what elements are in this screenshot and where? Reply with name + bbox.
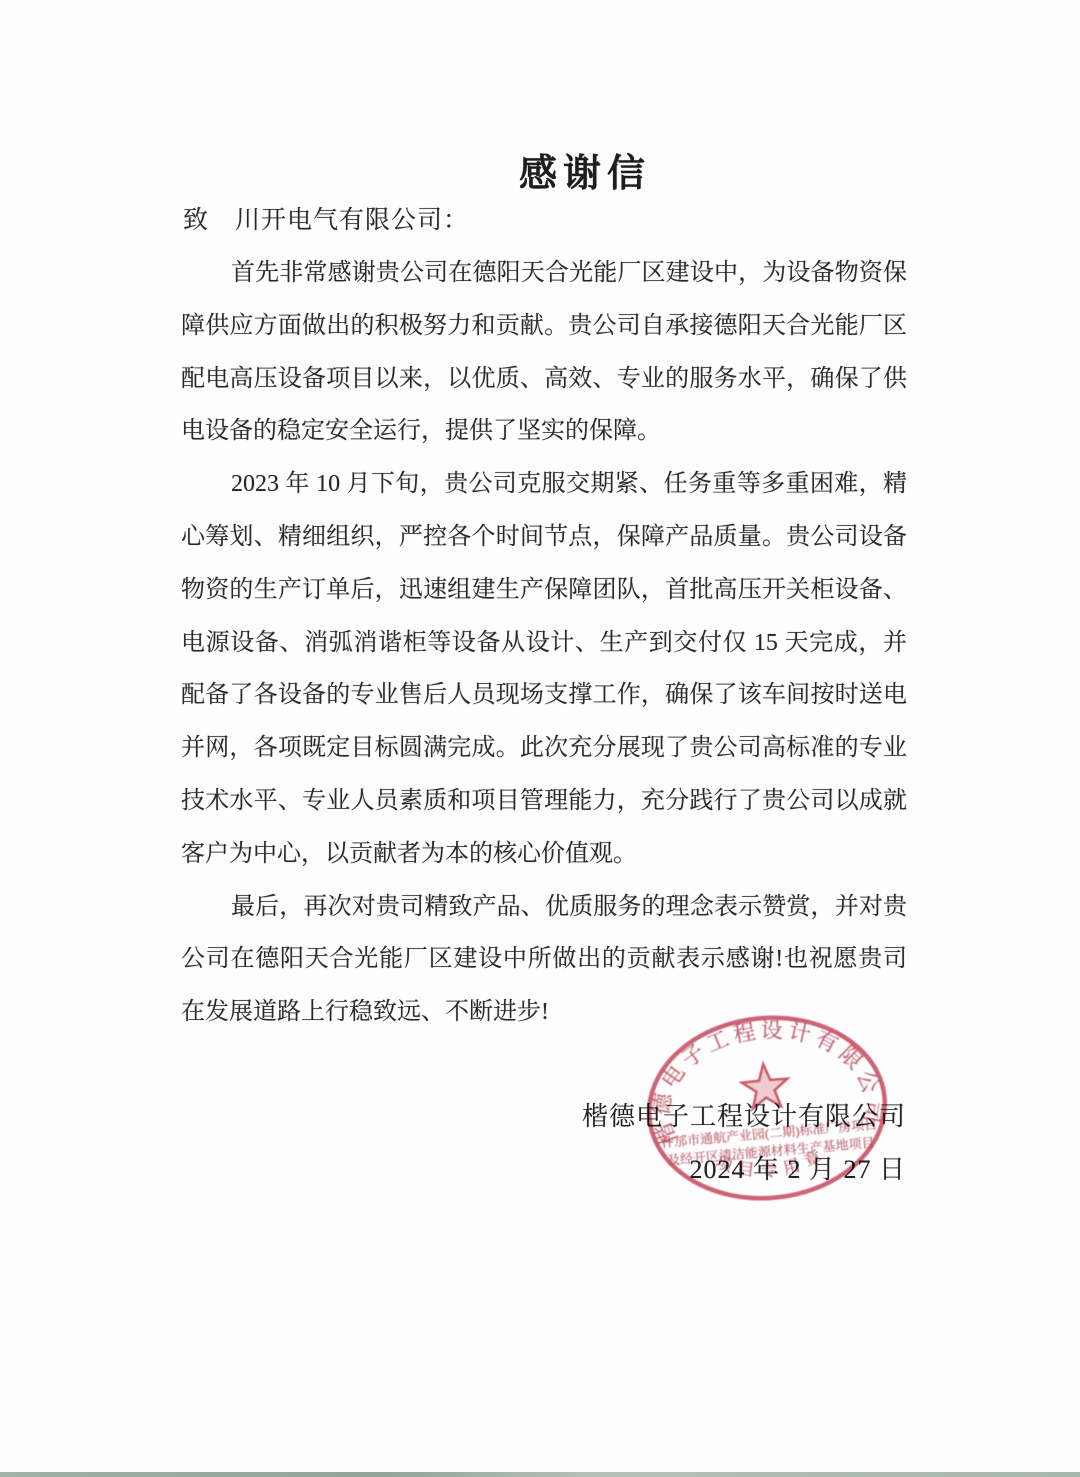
- letter-title: 感谢信: [180, 142, 990, 197]
- body-line: 客户为中心，以贡献者为本的核心价值观。: [181, 828, 907, 881]
- body-line: 心筹划、精细组织，严控各个时间节点，保障产品质量。贵公司设备: [181, 511, 907, 564]
- body-line: 配备了各设备的专业售后人员现场支撑工作，确保了该车间按时送电: [181, 669, 907, 722]
- seal-star-icon: [740, 1062, 789, 1109]
- seal-graphic: 楷德电子工程设计有限公司 什邡市通航产业园(二期)标准厂房项目 及经开区清洁能源…: [627, 998, 907, 1218]
- salutation: 致 川开电气有限公司：: [183, 200, 469, 236]
- body-line: 2023 年 10 月下旬，贵公司克服交期紧、任务重等多重困难，精: [181, 458, 907, 511]
- body-line: 首先非常感谢贵公司在德阳天合光能厂区建设中，为设备物资保: [181, 247, 907, 300]
- body-line: 最后，再次对贵司精致产品、优质服务的理念表示赞赏，并对贵: [181, 881, 907, 934]
- letter-body: 首先非常感谢贵公司在德阳天合光能厂区建设中，为设备物资保 障供应方面做出的积极努…: [181, 247, 907, 1039]
- body-line: 技术水平、专业人员素质和项目管理能力，充分践行了贵公司以成就: [181, 775, 907, 828]
- body-line: 障供应方面做出的积极努力和贡献。贵公司自承接德阳天合光能厂区: [181, 300, 907, 353]
- body-line: 电设备的稳定安全运行，提供了坚实的保障。: [181, 405, 907, 458]
- letter-page: 感谢信 致 川开电气有限公司： 首先非常感谢贵公司在德阳天合光能厂区建设中，为设…: [0, 0, 1080, 1477]
- scan-edge-artifact: [0, 1472, 1080, 1477]
- body-line: 物资的生产订单后，迅速组建生产保障团队，首批高压开关柜设备、: [181, 564, 907, 617]
- body-line: 公司在德阳天合光能厂区建设中所做出的贡献表示感谢!也祝愿贵司: [181, 933, 907, 986]
- body-line: 配电高压设备项目以来，以优质、高效、专业的服务水平，确保了供: [181, 353, 907, 406]
- body-line: 电源设备、消弧消谐柜等设备从设计、生产到交付仅 15 天完成，并: [181, 617, 907, 670]
- company-seal-stamp: 楷德电子工程设计有限公司 什邡市通航产业园(二期)标准厂房项目 及经开区清洁能源…: [627, 998, 907, 1218]
- body-line: 并网，各项既定目标圆满完成。此次充分展现了贵公司高标准的专业: [181, 722, 907, 775]
